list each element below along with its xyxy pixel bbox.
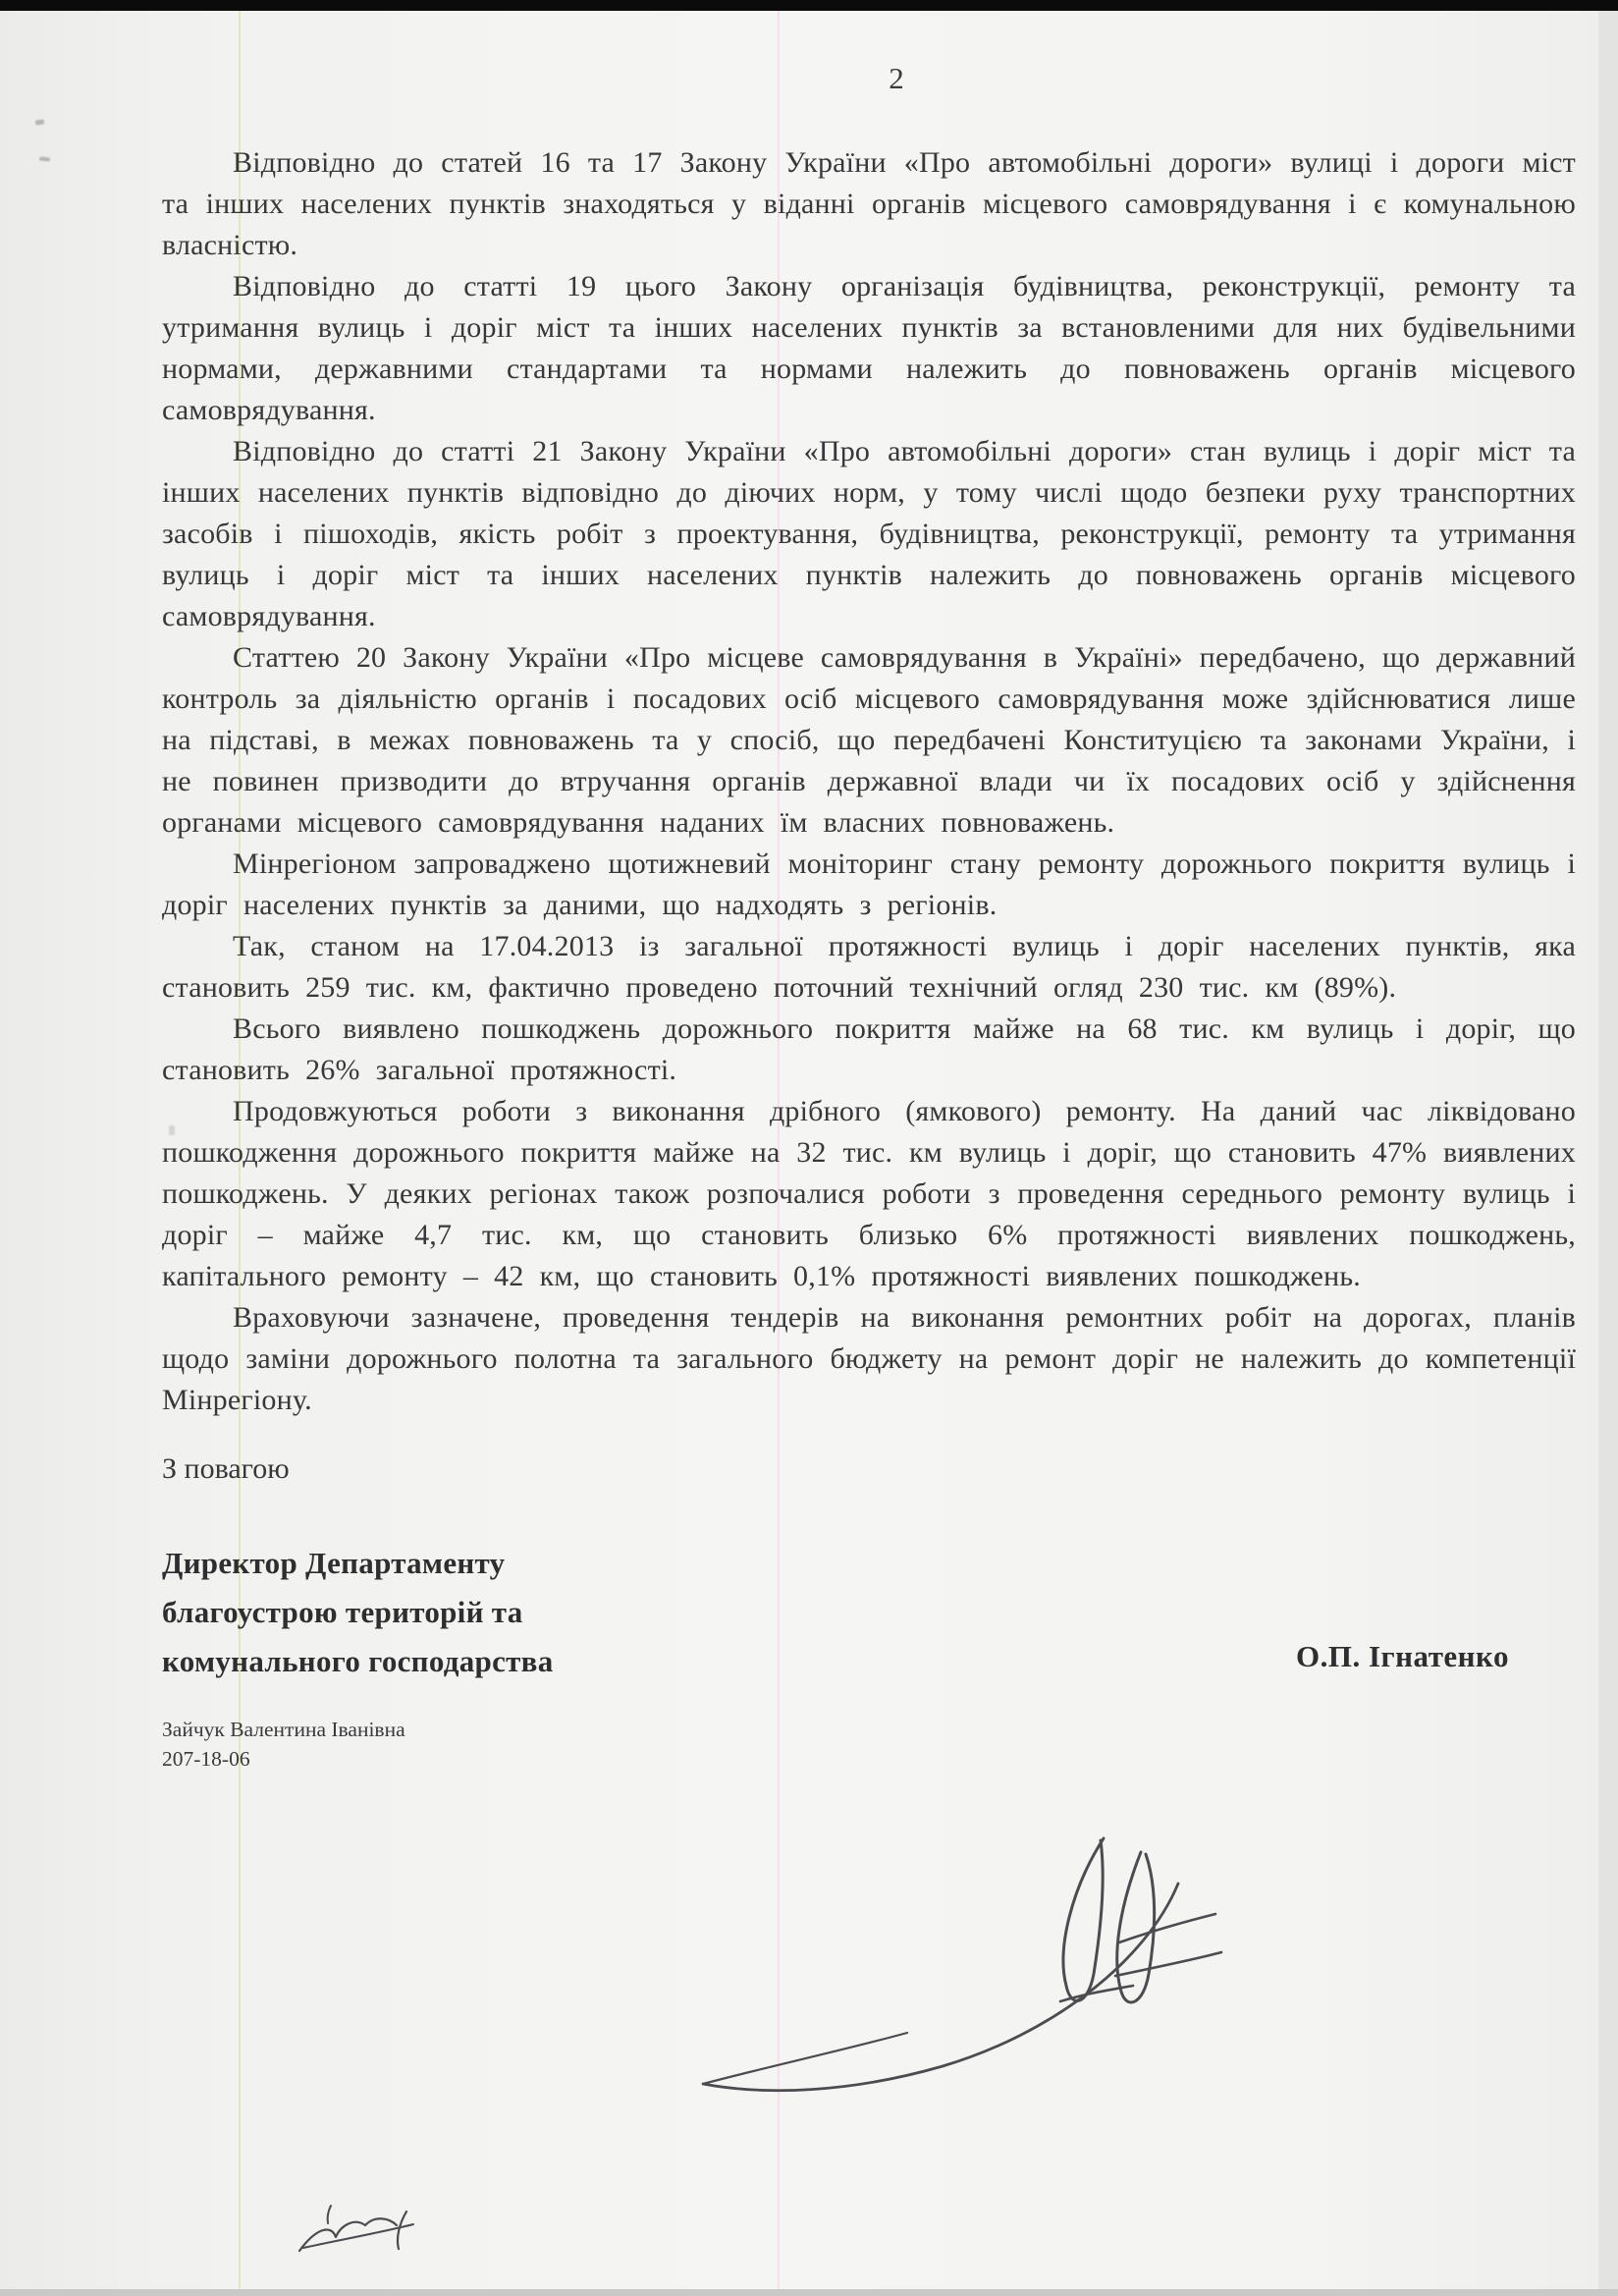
letter-body: 2 Відповідно до статей 16 та 17 Закону У… — [162, 59, 1576, 1774]
paragraph-law-16-17: Відповідно до статей 16 та 17 Закону Укр… — [162, 142, 1576, 266]
scanned-letter-page: 2 Відповідно до статей 16 та 17 Закону У… — [0, 0, 1618, 2296]
scan-edge-top — [0, 0, 1618, 11]
signer-name: О.П. Ігнатенко — [1296, 1639, 1509, 1674]
page-number: 2 — [189, 59, 1603, 98]
paragraph-repair-progress: Продовжуються роботи з виконання дрібног… — [162, 1091, 1576, 1297]
paragraph-conclusion: Враховуючи зазначене, проведення тендері… — [162, 1297, 1576, 1421]
paragraph-law-19: Відповідно до статті 19 цього Закону орг… — [162, 266, 1576, 431]
handwritten-initials — [288, 2196, 445, 2267]
executor-phone: 207-18-06 — [162, 1744, 1576, 1774]
paragraph-damage-total: Всього виявлено пошкоджень дорожнього по… — [162, 1009, 1576, 1091]
signer-position-line: Директор Департаменту — [162, 1539, 1576, 1588]
handwritten-signature — [675, 1827, 1225, 2111]
scan-smudge — [39, 156, 50, 161]
signature-block: Директор Департаменту благоустрою терито… — [162, 1539, 1576, 1691]
paragraph-monitoring: Мінрегіоном запроваджено щотижневий моні… — [162, 844, 1576, 926]
executor-footer: Зайчук Валентина Іванівна 207-18-06 — [162, 1715, 1576, 1774]
signer-position-line: благоустрою територій та — [162, 1588, 1576, 1637]
paragraph-law-21: Відповідно до статті 21 Закону України «… — [162, 431, 1576, 637]
closing-salutation: З повагою — [162, 1449, 1576, 1490]
scan-edge-bottom — [0, 2289, 1618, 2296]
scan-edge-right — [1598, 11, 1618, 2289]
paragraph-statistics-2013: Так, станом на 17.04.2013 із загальної п… — [162, 926, 1576, 1009]
paragraph-law-20-self-government: Статтею 20 Закону України «Про місцеве с… — [162, 637, 1576, 844]
executor-name: Зайчук Валентина Іванівна — [162, 1715, 1576, 1744]
scan-smudge — [35, 119, 45, 125]
